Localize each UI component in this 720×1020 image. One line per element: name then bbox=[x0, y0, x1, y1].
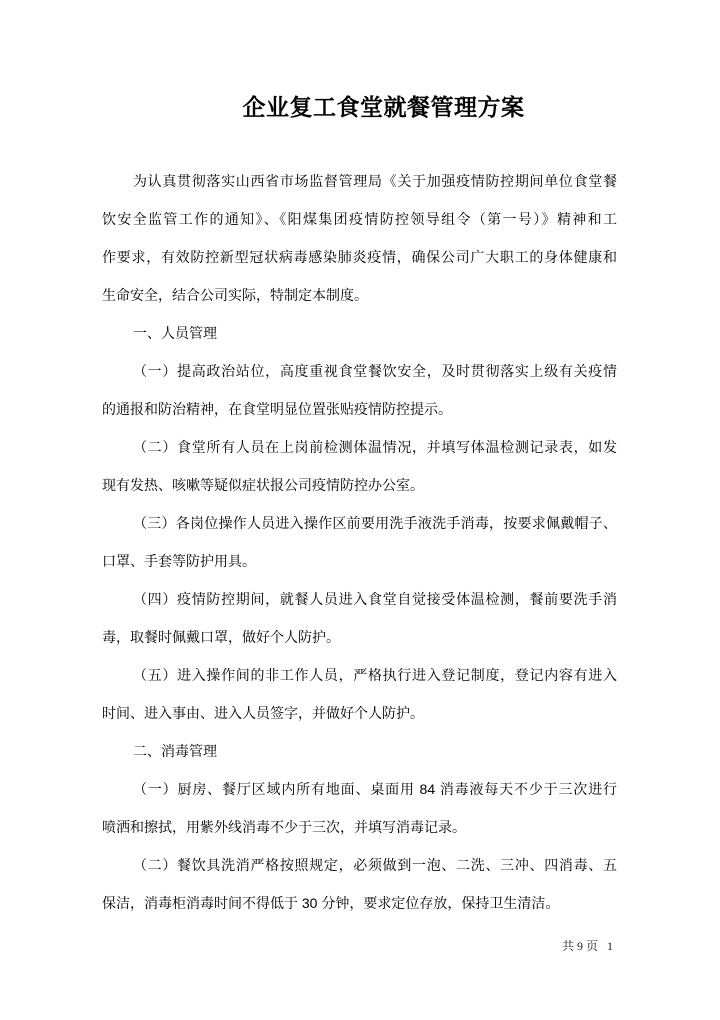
text-line: （三）各岗位操作人员进入操作区前要用洗手液洗手消毒，按要求佩戴帽子、 bbox=[102, 504, 617, 542]
paragraph-item: （一）厨房、餐厅区域内所有地面、桌面用 84 消毒液每天不少于三次进行 喷洒和擦… bbox=[102, 770, 617, 846]
text-line: 一、人员管理 bbox=[102, 314, 617, 352]
text-line: 口罩、手套等防护用具。 bbox=[102, 542, 617, 580]
text-line: （四）疫情防控期间，就餐人员进入食堂自觉接受体温检测，餐前要洗手消 bbox=[102, 580, 617, 618]
page-footer: 共 9 页1 bbox=[562, 939, 613, 953]
text-line: （五）进入操作间的非工作人员，严格执行进入登记制度，登记内容有进入 bbox=[102, 656, 617, 694]
section-heading-disinfection: 二、消毒管理 bbox=[102, 732, 617, 770]
paragraph-item: （五）进入操作间的非工作人员，严格执行进入登记制度，登记内容有进入 时间、进入事… bbox=[102, 656, 617, 732]
text-line: 毒，取餐时佩戴口罩，做好个人防护。 bbox=[102, 618, 617, 656]
document-body: 为认真贯彻落实山西省市场监督管理局《关于加强疫情防控期间单位食堂餐 饮安全监管工… bbox=[102, 162, 617, 922]
document-page: 企业复工食堂就餐管理方案 为认真贯彻落实山西省市场监督管理局《关于加强疫情防控期… bbox=[0, 0, 720, 1020]
page-number: 1 bbox=[607, 939, 613, 953]
text-line: 喷洒和擦拭，用紫外线消毒不少于三次，并填写消毒记录。 bbox=[102, 808, 617, 846]
text-line: 饮安全监管工作的通知》、《阳煤集团疫情防控领导组令（第一号）》精神和工 bbox=[102, 200, 617, 238]
text-line: （二）餐饮具洗消严格按照规定，必须做到一泡、二洗、三冲、四消毒、五 bbox=[102, 846, 617, 884]
total-pages-label: 共 9 页 bbox=[562, 939, 598, 953]
section-heading-personnel: 一、人员管理 bbox=[102, 314, 617, 352]
document-title: 企业复工食堂就餐管理方案 bbox=[102, 93, 617, 121]
text-line: 保洁，消毒柜消毒时间不得低于 30 分钟，要求定位存放，保持卫生清洁。 bbox=[102, 884, 617, 922]
paragraph-intro: 为认真贯彻落实山西省市场监督管理局《关于加强疫情防控期间单位食堂餐 饮安全监管工… bbox=[102, 162, 617, 314]
text-line: 为认真贯彻落实山西省市场监督管理局《关于加强疫情防控期间单位食堂餐 bbox=[102, 162, 617, 200]
paragraph-item: （一）提高政治站位，高度重视食堂餐饮安全，及时贯彻落实上级有关疫情 的通报和防治… bbox=[102, 352, 617, 428]
text-line: 的通报和防治精神，在食堂明显位置张贴疫情防控提示。 bbox=[102, 390, 617, 428]
text-line: 作要求，有效防控新型冠状病毒感染肺炎疫情，确保公司广大职工的身体健康和 bbox=[102, 238, 617, 276]
document-content: 企业复工食堂就餐管理方案 为认真贯彻落实山西省市场监督管理局《关于加强疫情防控期… bbox=[102, 0, 617, 922]
text-line: 生命安全，结合公司实际，特制定本制度。 bbox=[102, 276, 617, 314]
paragraph-item: （二）食堂所有人员在上岗前检测体温情况，并填写体温检测记录表，如发 现有发热、咳… bbox=[102, 428, 617, 504]
text-line: 现有发热、咳嗽等疑似症状报公司疫情防控办公室。 bbox=[102, 466, 617, 504]
text-line: （一）厨房、餐厅区域内所有地面、桌面用 84 消毒液每天不少于三次进行 bbox=[102, 770, 617, 808]
text-line: 二、消毒管理 bbox=[102, 732, 617, 770]
text-line: 时间、进入事由、进入人员签字，并做好个人防护。 bbox=[102, 694, 617, 732]
paragraph-item: （二）餐饮具洗消严格按照规定，必须做到一泡、二洗、三冲、四消毒、五 保洁，消毒柜… bbox=[102, 846, 617, 922]
paragraph-item: （四）疫情防控期间，就餐人员进入食堂自觉接受体温检测，餐前要洗手消 毒，取餐时佩… bbox=[102, 580, 617, 656]
text-line: （一）提高政治站位，高度重视食堂餐饮安全，及时贯彻落实上级有关疫情 bbox=[102, 352, 617, 390]
paragraph-item: （三）各岗位操作人员进入操作区前要用洗手液洗手消毒，按要求佩戴帽子、 口罩、手套… bbox=[102, 504, 617, 580]
text-line: （二）食堂所有人员在上岗前检测体温情况，并填写体温检测记录表，如发 bbox=[102, 428, 617, 466]
